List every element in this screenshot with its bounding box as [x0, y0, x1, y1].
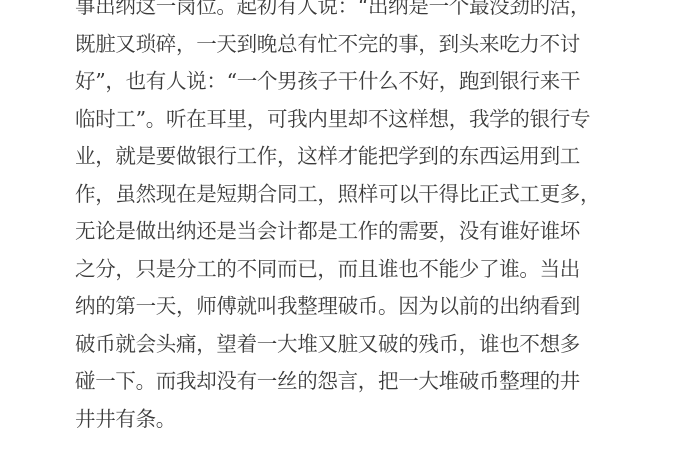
- text-line-7: 无论是做出纳还是当会计都是工作的需要，没有谁好谁坏: [75, 213, 615, 251]
- paragraph: 事出纳这一岗位。起初有人说：“出纳是一个最没劲的活， 既脏又琐碎，一天到晚总有忙…: [75, 0, 615, 438]
- document-page: 事出纳这一岗位。起初有人说：“出纳是一个最没劲的活， 既脏又琐碎，一天到晚总有忙…: [0, 0, 700, 470]
- text-line-5: 业，就是要做银行工作，这样才能把学到的东西运用到工: [75, 138, 615, 176]
- text-line-10: 破币就会头痛，望着一大堆又脏又破的残币，谁也不想多: [75, 326, 615, 364]
- text-line-11: 碰一下。而我却没有一丝的怨言，把一大堆破币整理的井: [75, 363, 615, 401]
- text-line-12: 井井有条。: [75, 401, 615, 439]
- text-line-4: 临时工”。听在耳里，可我内里却不这样想，我学的银行专: [75, 101, 615, 139]
- text-line-9: 纳的第一天，师傅就叫我整理破币。因为以前的出纳看到: [75, 288, 615, 326]
- text-line-1: 事出纳这一岗位。起初有人说：“出纳是一个最没劲的活，: [75, 0, 615, 26]
- text-line-6: 作，虽然现在是短期合同工，照样可以干得比正式工更多，: [75, 176, 615, 214]
- text-line-3: 好”，也有人说：“一个男孩子干什么不好，跑到银行来干: [75, 63, 615, 101]
- text-line-2: 既脏又琐碎，一天到晚总有忙不完的事，到头来吃力不讨: [75, 26, 615, 64]
- text-line-8: 之分，只是分工的不同而已，而且谁也不能少了谁。当出: [75, 251, 615, 289]
